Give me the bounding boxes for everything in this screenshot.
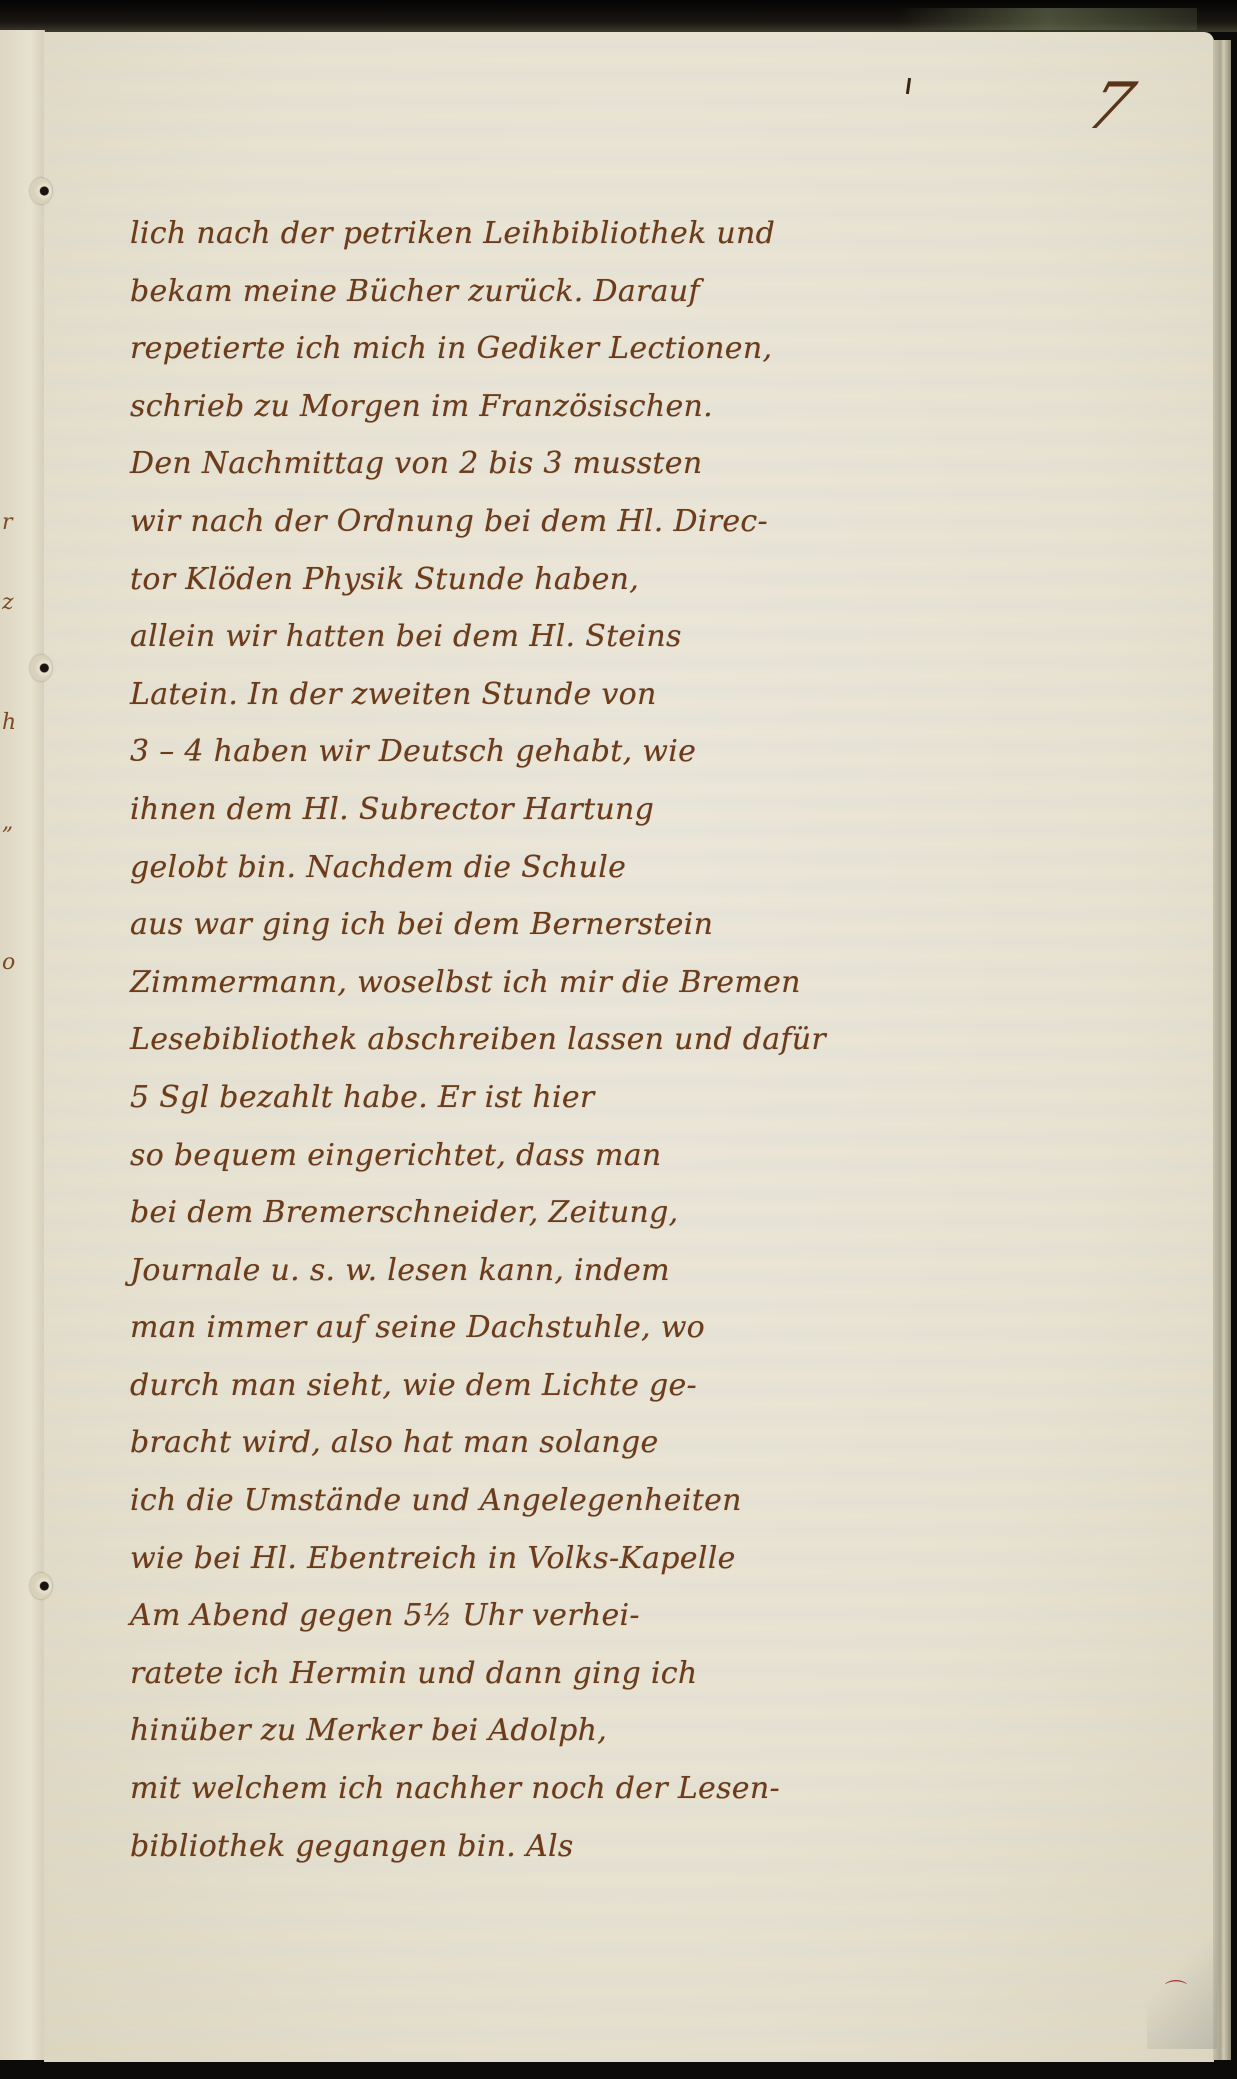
text-line: bibliothek gegangen bin. Als [130, 1818, 850, 1876]
text-line: bekam meine Bücher zurück. Darauf [130, 263, 850, 321]
left-page-fragment: r [2, 510, 13, 535]
text-line: hinüber zu Merker bei Adolph, [130, 1702, 850, 1760]
left-page-fragment: o [2, 950, 15, 975]
text-line: Lesebibliothek abschreiben lassen und da… [130, 1011, 850, 1069]
book-top-edge [0, 0, 1237, 32]
text-line: bei dem Bremerschneider, Zeitung, [130, 1184, 850, 1242]
text-line: so bequem eingerichtet, dass man [130, 1127, 850, 1185]
text-line: ich die Umstände und Angelegenheiten [130, 1472, 850, 1530]
text-line: durch man sieht, wie dem Lichte ge- [130, 1357, 850, 1415]
page-edges [1213, 40, 1231, 2060]
text-line: wir nach der Ordnung bei dem Hl. Direc- [130, 493, 850, 551]
text-line: gelobt bin. Nachdem die Schule [130, 839, 850, 897]
left-page-fragment: z [2, 590, 14, 615]
text-line: wie bei Hl. Ebentreich in Volks-Kapelle [130, 1530, 850, 1588]
text-line: aus war ging ich bei dem Bernerstein [130, 896, 850, 954]
text-line: 3 – 4 haben wir Deutsch gehabt, wie [130, 723, 850, 781]
text-line: ihnen dem Hl. Subrector Hartung [130, 781, 850, 839]
text-line: bracht wird, also hat man solange [130, 1414, 850, 1472]
left-page-fragment: h [2, 710, 16, 735]
text-line: 5 Sgl bezahlt habe. Er ist hier [130, 1069, 850, 1127]
red-pencil-mark: ⌒ [1165, 1975, 1187, 2006]
facing-left-page: r z h „ o [0, 30, 45, 2060]
text-line: man immer auf seine Dachstuhle, wo [130, 1299, 850, 1357]
binding-hole [30, 1573, 52, 1599]
text-line: ratete ich Hermin und dann ging ich [130, 1645, 850, 1703]
page-stack-edge [897, 8, 1197, 30]
text-line: Den Nachmittag von 2 bis 3 mussten [130, 435, 850, 493]
text-line: repetierte ich mich in Gediker Lectionen… [130, 320, 850, 378]
left-page-fragment: „ [2, 810, 13, 835]
text-line: mit welchem ich nachher noch der Lesen- [130, 1760, 850, 1818]
text-line: Am Abend gegen 5½ Uhr verhei- [130, 1587, 850, 1645]
text-line: schrieb zu Morgen im Französischen. [130, 378, 850, 436]
text-line: Zimmermann, woselbst ich mir die Bremen [130, 954, 850, 1012]
handwritten-text: lich nach der petriken Leihbibliothek un… [130, 205, 850, 1875]
text-line: Latein. In der zweiten Stunde von [130, 666, 850, 724]
text-line: Journale u. s. w. lesen kann, indem [130, 1242, 850, 1300]
binding-hole [30, 655, 52, 681]
text-line: allein wir hatten bei dem Hl. Steins [130, 608, 850, 666]
text-line: tor Klöden Physik Stunde haben, [130, 551, 850, 609]
binding-hole [30, 178, 52, 204]
text-line: lich nach der petriken Leihbibliothek un… [130, 205, 850, 263]
